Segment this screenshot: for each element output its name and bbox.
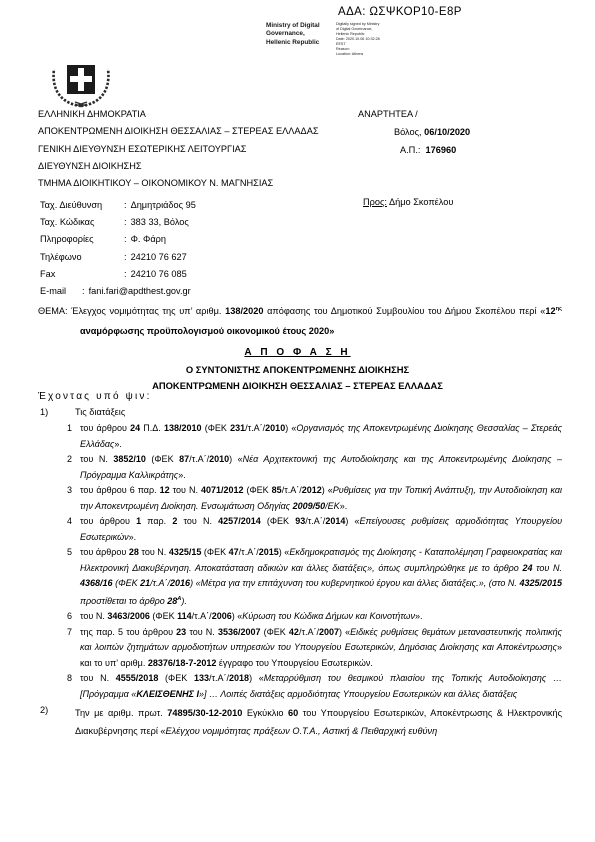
signature-authority: Ministry of Digital Governance, Hellenic… (266, 22, 330, 57)
contact-row-fax: Fax :24210 76 085 (40, 266, 196, 283)
protocol-number: 176960 (426, 145, 457, 155)
recipient-line: Προς: Δήμο Σκοπέλου (363, 197, 453, 207)
contact-row-address: Ταχ. Διεύθυνση :Δημητριάδος 95 (40, 197, 196, 214)
legal-item: 6 του Ν. 3463/2006 (ΦΕΚ 114/τ.Α΄/2006) «… (38, 609, 562, 625)
digital-signature-stamp: Ministry of Digital Governance, Hellenic… (266, 22, 414, 57)
legal-item: 2 του Ν. 3852/10 (ΦΕΚ 87/τ.Α΄/2010) «Νέα… (38, 452, 562, 483)
contact-row-phone: Τηλέφωνο :24210 76 627 (40, 249, 196, 266)
protocol-line: Α.Π.: 176960 (358, 142, 470, 160)
org-line-directorate-general: ΓΕΝΙΚΗ ΔΙΕΥΘΥΝΣΗ ΕΣΩΤΕΡΙΚΗΣ ΛΕΙΤΟΥΡΓΙΑΣ (38, 141, 319, 158)
contact-row-postal-code: Ταχ. Κώδικας :383 33, Βόλος (40, 214, 196, 231)
legal-considerations-list: 1) Τις διατάξεις 1 του άρθρου 24 Π.Δ. 13… (38, 407, 562, 740)
city-date-line: Βόλος, 06/10/2020 (358, 124, 470, 142)
anartitea-label: ΑΝΑΡΤΗΤΕΑ / (358, 106, 470, 124)
document-date: 06/10/2020 (424, 127, 470, 137)
legal-item: 3 του άρθρου 6 παρ. 12 του Ν. 4071/2012 … (38, 483, 562, 514)
document-page: ΑΔΑ: ΩΣΨΚΟΡ10-Ε8Ρ Ministry of Digital Go… (0, 0, 595, 842)
meta-block: ΑΝΑΡΤΗΤΕΑ / Βόλος, 06/10/2020 Α.Π.: 1769… (358, 106, 470, 159)
legal-item: 5 του άρθρου 28 του Ν. 4325/15 (ΦΕΚ 47/τ… (38, 545, 562, 609)
legal-item: 4 του άρθρου 1 παρ. 2 του Ν. 4257/2014 (… (38, 514, 562, 545)
having-regard-label: Έχοντας υπό ψιν: (38, 391, 152, 402)
org-line-administration: ΑΠΟΚΕΝΤΡΩΜΕΝΗ ΔΙΟΙΚΗΣΗ ΘΕΣΣΑΛΙΑΣ – ΣΤΕΡΕ… (38, 123, 319, 140)
legal-item: 7 της παρ. 5 του άρθρου 23 του Ν. 3536/2… (38, 625, 562, 672)
org-line-directorate: ΔΙΕΥΘΥΝΣΗ ΔΙΟΙΚΗΣΗΣ (38, 158, 319, 175)
decision-subtitle-1: Ο ΣΥΝΤΟΝΙΣΤΗΣ ΑΠΟΚΕΝΤΡΩΜΕΝΗΣ ΔΙΟΙΚΗΣΗΣ (0, 362, 595, 378)
contact-row-email: E-mail :fani.fari@apdthest.gov.gr (40, 283, 196, 300)
provisions-sublist: 1 του άρθρου 24 Π.Δ. 138/2010 (ΦΕΚ 231/τ… (38, 421, 562, 702)
contact-row-information: Πληροφορίες :Φ. Φάρη (40, 231, 196, 248)
subject-paragraph: ΘΕΜΑ: Έλεγχος νομιμότητας της υπ’ αριθμ.… (38, 299, 562, 341)
contact-block: Ταχ. Διεύθυνση :Δημητριάδος 95 Ταχ. Κώδι… (40, 197, 196, 300)
org-line-republic: ΕΛΛΗΝΙΚΗ ΔΗΜΟΚΡΑΤΙΑ (38, 106, 319, 123)
greek-coat-of-arms-icon (44, 54, 118, 113)
org-line-department: ΤΜΗΜΑ ΔΙΟΙΚΗΤΙΚΟΥ – ΟΙΚΟΝΟΜΙΚΟΥ Ν. ΜΑΓΝΗ… (38, 175, 319, 192)
recipient-value: Δήμο Σκοπέλου (389, 197, 453, 207)
decision-heading: Α Π Ο Φ Α Σ Η Ο ΣΥΝΤΟΝΙΣΤΗΣ ΑΠΟΚΕΝΤΡΩΜΕΝ… (0, 345, 595, 395)
ada-code: ΑΔΑ: ΩΣΨΚΟΡ10-Ε8Ρ (338, 6, 462, 18)
signature-details: Digitally signed by Ministry of Digital … (336, 22, 414, 57)
org-header: ΕΛΛΗΝΙΚΗ ΔΗΜΟΚΡΑΤΙΑ ΑΠΟΚΕΝΤΡΩΜΕΝΗ ΔΙΟΙΚΗ… (38, 106, 319, 192)
outer-item-2: 2) Την με αριθμ. πρωτ. 74895/30-12-2010 … (38, 705, 562, 740)
recipient-label: Προς: (363, 197, 387, 207)
outer-item-1: 1) Τις διατάξεις (38, 407, 562, 417)
legal-item: 8 του Ν. 4555/2018 (ΦΕΚ 133/τ.Α΄/2018) «… (38, 671, 562, 702)
email-address: fani.fari@apdthest.gov.gr (89, 286, 191, 296)
decision-title: Α Π Ο Φ Α Σ Η (0, 345, 595, 361)
legal-item: 1 του άρθρου 24 Π.Δ. 138/2010 (ΦΕΚ 231/τ… (38, 421, 562, 452)
